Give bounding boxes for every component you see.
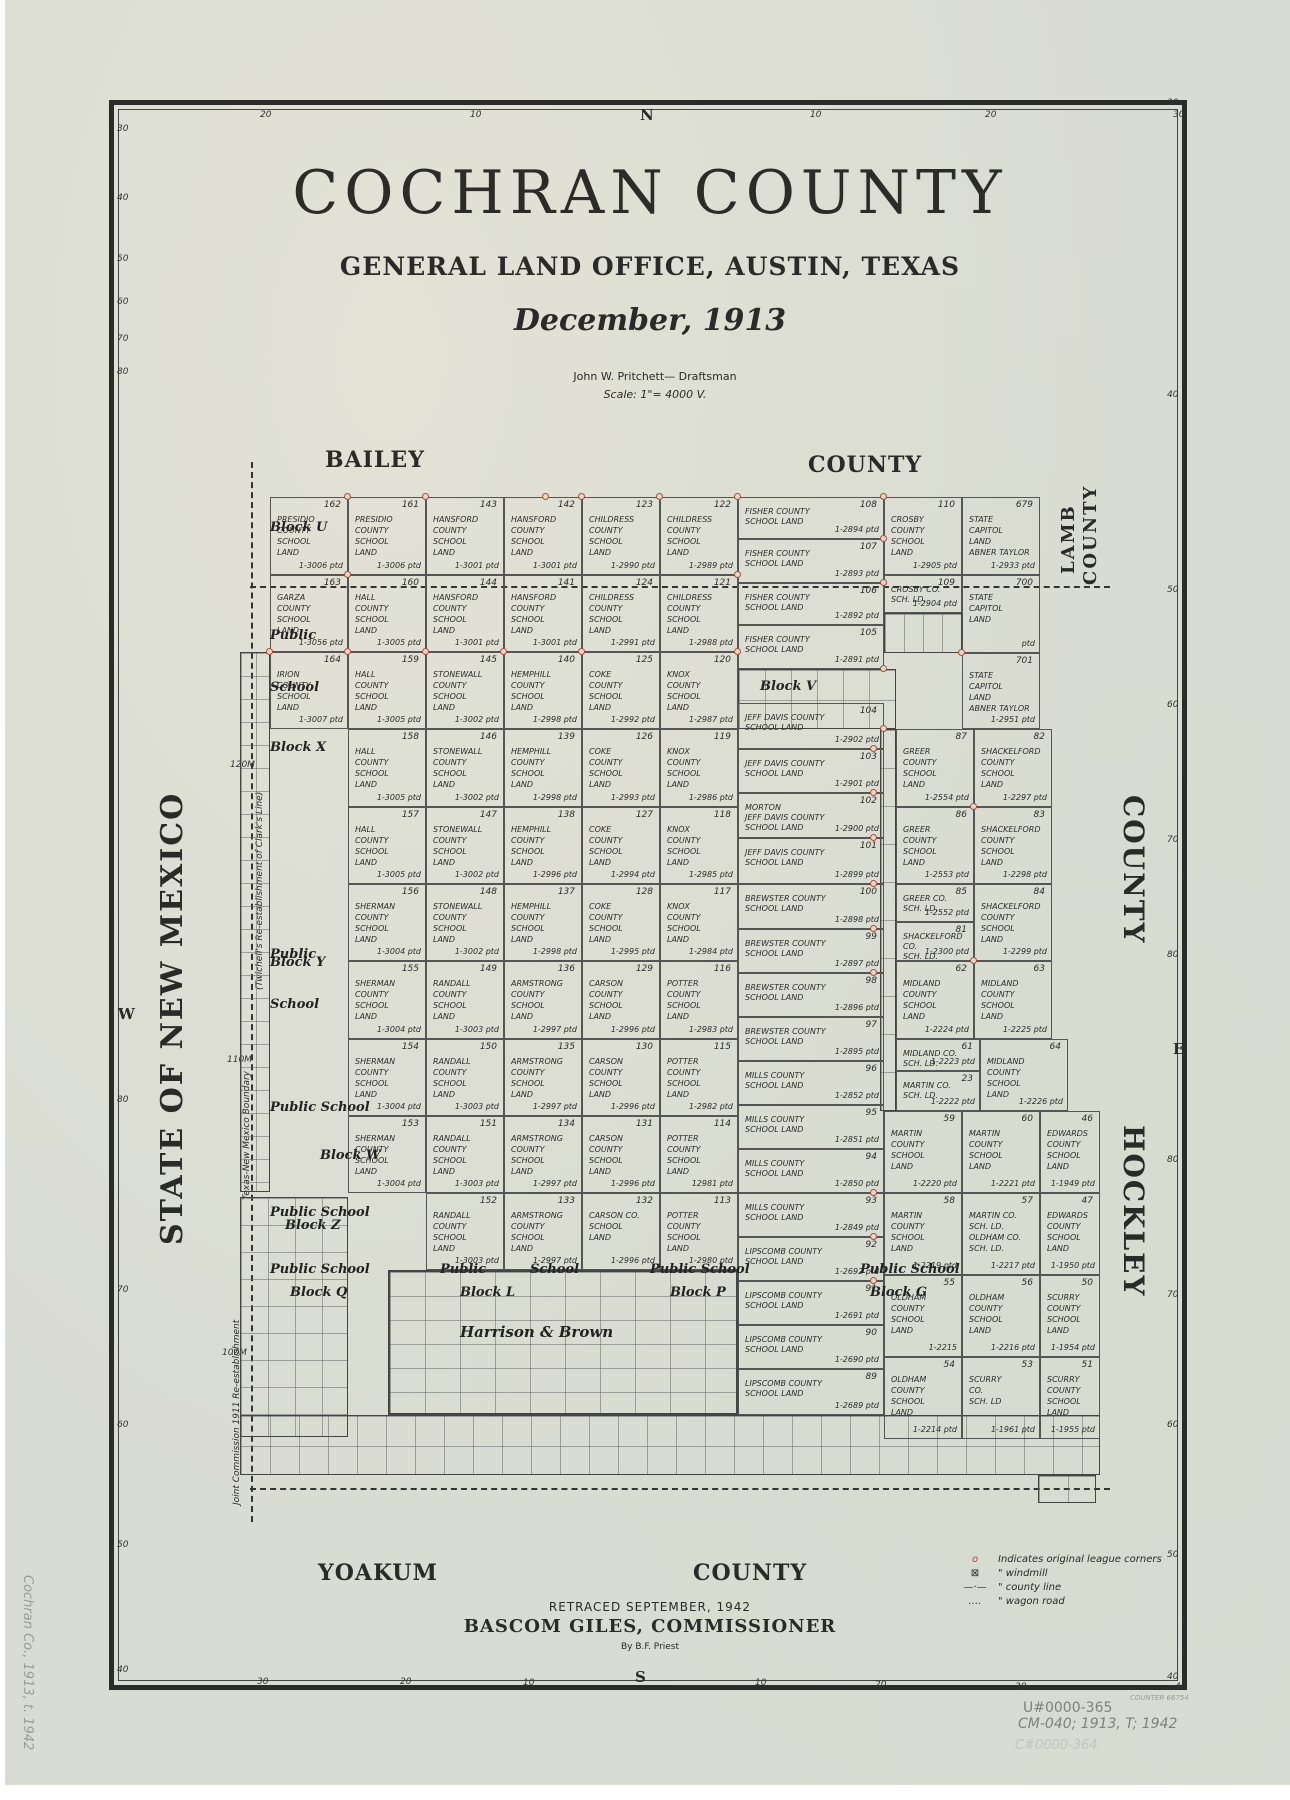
land-section: 119KNOX COUNTY SCHOOL LAND1-2986 ptd [660, 729, 738, 807]
section-number: 117 [714, 887, 731, 897]
land-section: 95MILLS COUNTY SCHOOL LAND1-2851 ptd [738, 1105, 884, 1149]
section-number: 120 [714, 655, 731, 665]
section-number: 57 [1022, 1196, 1033, 1206]
counter-stamp: COUNTER 66754 [1130, 1694, 1189, 1702]
league-corner-marker [958, 649, 965, 656]
land-section: 146STONEWALL COUNTY SCHOOL LAND1-3002 pt… [426, 729, 504, 807]
land-section: 100BREWSTER COUNTY SCHOOL LAND1-2898 ptd [738, 884, 884, 929]
section-owner: BREWSTER COUNTY SCHOOL LAND [745, 894, 879, 914]
land-section: 136ARMSTRONG COUNTY SCHOOL LAND1-2997 pt… [504, 961, 582, 1039]
section-number: 153 [402, 1119, 419, 1129]
land-section: 135ARMSTRONG COUNTY SCHOOL LAND1-2997 pt… [504, 1039, 582, 1116]
section-owner: POTTER COUNTY SCHOOL LAND [667, 1133, 733, 1177]
section-owner: JEFF DAVIS COUNTY SCHOOL LAND [745, 848, 879, 868]
section-file-number: 1-2220 ptd [913, 1179, 957, 1189]
section-file-number: 1-2996 ptd [611, 1179, 655, 1189]
tick-right: 70 [1167, 1290, 1178, 1300]
land-section: 126COKE COUNTY SCHOOL LAND1-2993 ptd [582, 729, 660, 807]
section-owner: CARSON COUNTY SCHOOL LAND [589, 1056, 655, 1100]
block-label: Block V [760, 679, 816, 694]
section-number: 140 [558, 655, 575, 665]
land-section: 107FISHER COUNTY SCHOOL LAND1-2893 ptd [738, 539, 884, 583]
section-owner: STATE CAPITOL LAND ABNER TAYLOR [969, 670, 1035, 714]
retraced-note: RETRACED SEPTEMBER, 1942 [5, 1600, 1290, 1614]
public-school-label: Public School [270, 1262, 370, 1277]
land-section: 155SHERMAN COUNTY SCHOOL LAND1-3004 ptd [348, 961, 426, 1039]
section-owner: KNOX COUNTY SCHOOL LAND [667, 669, 733, 713]
section-file-number: 1-2217 ptd [991, 1261, 1035, 1271]
section-owner: SHACKELFORD COUNTY SCHOOL LAND [981, 901, 1047, 945]
land-section: 62MIDLAND COUNTY SCHOOL LAND1-2224 ptd [896, 961, 974, 1039]
land-section: 132CARSON CO. SCHOOL LAND1-2996 ptd [582, 1193, 660, 1270]
section-file-number: 1-2905 ptd [913, 561, 957, 571]
section-number: 114 [714, 1119, 731, 1129]
label-new-mexico: STATE OF NEW MEXICO [155, 792, 190, 1245]
tick-bottom: 30 [1015, 1682, 1026, 1692]
section-number: 83 [1034, 810, 1045, 820]
section-file-number: 1-2554 ptd [925, 793, 969, 803]
section-owner: HEMPHILL COUNTY SCHOOL LAND [511, 746, 577, 790]
land-section: 87GREER COUNTY SCHOOL LAND1-2554 ptd [896, 729, 974, 807]
land-section: 150RANDALL COUNTY SCHOOL LAND1-3003 ptd [426, 1039, 504, 1116]
section-file-number: 1-2215 [929, 1343, 957, 1353]
league-corner-marker [870, 969, 877, 976]
section-file-number: 1-2904 ptd [913, 599, 957, 609]
section-file-number: 1-2226 ptd [1019, 1097, 1063, 1107]
tick-top: 10 [810, 110, 821, 120]
section-file-number: 1-2996 ptd [611, 1102, 655, 1112]
tick-left: 30 [117, 124, 128, 134]
land-section: 679STATE CAPITOL LAND ABNER TAYLOR1-2933… [962, 497, 1040, 575]
section-file-number: 1-2851 ptd [835, 1135, 879, 1145]
land-section: 53SCURRY CO. SCH. LD1-1961 ptd [962, 1357, 1040, 1439]
section-owner: FISHER COUNTY SCHOOL LAND [745, 593, 879, 613]
label-hockley-county: COUNTY [1117, 795, 1150, 945]
section-owner: RANDALL COUNTY SCHOOL LAND [433, 1133, 499, 1177]
section-number: 700 [1016, 578, 1033, 588]
section-number: 118 [714, 810, 731, 820]
section-file-number: 1-2300 ptd [925, 947, 969, 957]
land-section: 54OLDHAM COUNTY SCHOOL LAND1-2214 ptd [884, 1357, 962, 1439]
tick-bottom: 10 [523, 1678, 534, 1688]
section-number: 126 [636, 732, 653, 742]
section-file-number: 1-3002 ptd [455, 715, 499, 725]
land-section: 46EDWARDS COUNTY SCHOOL LAND1-1949 ptd [1040, 1111, 1100, 1193]
stamp-u-number: U#0000-365 [1023, 1700, 1112, 1716]
land-section: 109CROSBY CO. SCH. LD.1-2904 ptd [884, 575, 962, 613]
land-section: 160HALL COUNTY SCHOOL LAND1-3005 ptd [348, 575, 426, 652]
league-corner-marker [870, 745, 877, 752]
section-owner: HANSFORD COUNTY SCHOOL LAND [511, 514, 577, 558]
league-corner-marker [970, 957, 977, 964]
land-section: 161PRESIDIO COUNTY SCHOOL LAND1-3006 ptd [348, 497, 426, 575]
section-owner: MARTIN COUNTY SCHOOL LAND [969, 1128, 1035, 1172]
league-corner-icon: o [960, 1553, 990, 1567]
league-corner-marker [870, 880, 877, 887]
section-file-number: 1-2852 ptd [835, 1091, 879, 1101]
section-file-number: 1-2951 ptd [991, 715, 1035, 725]
section-file-number: 1-3004 ptd [377, 947, 421, 957]
tick-right: 50 [1167, 1550, 1178, 1560]
section-file-number: 1-2994 ptd [611, 870, 655, 880]
land-section: 89LIPSCOMB COUNTY SCHOOL LAND1-2689 ptd [738, 1369, 884, 1415]
section-number: 53 [1022, 1360, 1033, 1370]
section-file-number: 1-2849 ptd [835, 1223, 879, 1233]
tick-top: 20 [985, 110, 996, 120]
land-section: 56OLDHAM COUNTY SCHOOL LAND1-2216 ptd [962, 1275, 1040, 1357]
league-corner-marker [880, 493, 887, 500]
harrison-brown-label: Harrison & Brown [460, 1323, 613, 1341]
section-owner: COKE COUNTY SCHOOL LAND [589, 746, 655, 790]
section-owner: HALL COUNTY SCHOOL LAND [355, 592, 421, 636]
section-owner: FISHER COUNTY SCHOOL LAND [745, 635, 879, 655]
section-file-number: 1-3005 ptd [377, 793, 421, 803]
section-number: 157 [402, 810, 419, 820]
land-section: 91LIPSCOMB COUNTY SCHOOL LAND1-2691 ptd [738, 1281, 884, 1325]
section-owner: EDWARDS COUNTY SCHOOL LAND [1047, 1210, 1095, 1254]
section-number: 129 [636, 964, 653, 974]
section-number: 113 [714, 1196, 731, 1206]
tick-top: 20 [260, 110, 271, 120]
public-school-label: Public [270, 947, 316, 962]
section-owner: BREWSTER COUNTY SCHOOL LAND [745, 939, 879, 959]
section-number: 143 [480, 500, 497, 510]
land-section: 158HALL COUNTY SCHOOL LAND1-3005 ptd [348, 729, 426, 807]
land-section: 143HANSFORD COUNTY SCHOOL LAND1-3001 ptd [426, 497, 504, 575]
land-section: 141HANSFORD COUNTY SCHOOL LAND1-3001 ptd [504, 575, 582, 652]
section-number: 150 [480, 1042, 497, 1052]
league-corner-marker [734, 493, 741, 500]
league-corner-marker [500, 648, 507, 655]
section-file-number: 1-3001 ptd [455, 638, 499, 648]
county-line-icon: —·— [960, 1581, 990, 1595]
public-school-label: Public [440, 1262, 486, 1277]
section-file-number: 1-2933 ptd [991, 561, 1035, 571]
section-owner: MARTIN CO. SCH. LD. OLDHAM CO. SCH. LD. [969, 1210, 1035, 1254]
section-number: 135 [558, 1042, 575, 1052]
section-number: 115 [714, 1042, 731, 1052]
league-corner-marker [578, 493, 585, 500]
league-corner-marker [578, 648, 585, 655]
public-school-label: Public School [270, 1205, 370, 1220]
section-file-number: 1-2986 ptd [689, 793, 733, 803]
section-file-number: 1-2892 ptd [835, 611, 879, 621]
section-owner: ARMSTRONG COUNTY SCHOOL LAND [511, 978, 577, 1022]
section-owner: CARSON COUNTY SCHOOL LAND [589, 978, 655, 1022]
block-label: Block W [320, 1148, 381, 1163]
land-section: 94MILLS COUNTY SCHOOL LAND1-2850 ptd [738, 1149, 884, 1193]
section-file-number: 1-2997 ptd [533, 1102, 577, 1112]
league-corner-marker [870, 789, 877, 796]
section-number: 149 [480, 964, 497, 974]
tick-bottom: 10 [755, 1678, 766, 1688]
section-owner: HALL COUNTY SCHOOL LAND [355, 824, 421, 868]
section-file-number: 1-2901 ptd [835, 779, 879, 789]
section-number: 132 [636, 1196, 653, 1206]
section-owner: ARMSTRONG COUNTY SCHOOL LAND [511, 1056, 577, 1100]
section-number: 58 [944, 1196, 955, 1206]
section-file-number: 1-2896 ptd [835, 1003, 879, 1013]
section-owner: CARSON CO. SCHOOL LAND [589, 1210, 655, 1243]
section-owner: COKE COUNTY SCHOOL LAND [589, 901, 655, 945]
league-corner-marker [422, 493, 429, 500]
league-corner-marker [880, 725, 887, 732]
block-label: Block G [870, 1285, 927, 1300]
section-number: 54 [944, 1360, 955, 1370]
league-corner-marker [734, 648, 741, 655]
land-section: 84SHACKELFORD COUNTY SCHOOL LAND1-2299 p… [974, 884, 1052, 961]
section-number: 162 [324, 500, 341, 510]
section-owner: STONEWALL COUNTY SCHOOL LAND [433, 824, 499, 868]
section-file-number: 1-3003 ptd [455, 1025, 499, 1035]
section-owner: PRESIDIO COUNTY SCHOOL LAND [355, 514, 421, 558]
public-school-label: Public [270, 628, 316, 643]
land-section: 129CARSON COUNTY SCHOOL LAND1-2996 ptd [582, 961, 660, 1039]
section-owner: POTTER COUNTY SCHOOL LAND [667, 1056, 733, 1100]
section-number: 159 [402, 655, 419, 665]
section-owner: OLDHAM COUNTY SCHOOL LAND [891, 1374, 957, 1418]
league-corner-marker [422, 648, 429, 655]
land-section: 60MARTIN COUNTY SCHOOL LAND1-2221 ptd [962, 1111, 1040, 1193]
section-owner: MIDLAND COUNTY SCHOOL LAND [987, 1056, 1063, 1100]
land-section: 116POTTER COUNTY SCHOOL LAND1-2983 ptd [660, 961, 738, 1039]
section-number: 82 [1034, 732, 1045, 742]
section-owner: STONEWALL COUNTY SCHOOL LAND [433, 746, 499, 790]
land-section: 147STONEWALL COUNTY SCHOOL LAND1-3002 pt… [426, 807, 504, 884]
section-owner: GREER COUNTY SCHOOL LAND [903, 746, 969, 790]
section-file-number: 1-2894 ptd [835, 525, 879, 535]
section-number: 164 [324, 655, 341, 665]
land-section: 156SHERMAN COUNTY SCHOOL LAND1-3004 ptd [348, 884, 426, 961]
section-owner: COKE COUNTY SCHOOL LAND [589, 824, 655, 868]
section-file-number: 1-2214 ptd [913, 1425, 957, 1435]
section-owner: FISHER COUNTY SCHOOL LAND [745, 507, 879, 527]
section-owner: MILLS COUNTY SCHOOL LAND [745, 1115, 879, 1135]
land-section: 120KNOX COUNTY SCHOOL LAND1-2987 ptd [660, 652, 738, 729]
section-file-number: 1-2997 ptd [533, 1179, 577, 1189]
section-number: 154 [402, 1042, 419, 1052]
commissioner-credit: BASCOM GILES, COMMISSIONER [5, 1616, 1290, 1637]
land-section: 105FISHER COUNTY SCHOOL LAND1-2891 ptd [738, 625, 884, 669]
legend-row-corners: oIndicates original league corners [960, 1553, 1162, 1567]
draftsman-credit: John W. Pritchett— Draftsman [5, 370, 1290, 383]
land-section: 61MIDLAND CO. SCH. LD.1-2223 ptd [896, 1039, 980, 1071]
land-section: 99BREWSTER COUNTY SCHOOL LAND1-2897 ptd [738, 929, 884, 973]
section-number: 50 [1082, 1278, 1093, 1288]
league-corner-marker [970, 803, 977, 810]
league-corner-marker [344, 493, 351, 500]
label-yoakum-county: COUNTY [693, 1560, 807, 1586]
land-section: 81SHACKELFORD CO. SCH. LD.1-2300 ptd [896, 922, 974, 961]
compass-west: W [118, 1005, 135, 1023]
land-section: 64MIDLAND COUNTY SCHOOL LAND1-2226 ptd [980, 1039, 1068, 1111]
land-section: 131CARSON COUNTY SCHOOL LAND1-2996 ptd [582, 1116, 660, 1193]
section-file-number: 1-2222 ptd [931, 1097, 975, 1107]
label-bailey: BAILEY [325, 447, 425, 473]
tick-bottom: 40 [1175, 1682, 1186, 1692]
section-owner: FISHER COUNTY SCHOOL LAND [745, 549, 879, 569]
section-number: 116 [714, 964, 731, 974]
section-file-number: 1-2995 ptd [611, 947, 655, 957]
section-owner: POTTER COUNTY SCHOOL LAND [667, 978, 733, 1022]
section-owner: HANSFORD COUNTY SCHOOL LAND [511, 592, 577, 636]
section-number: 62 [956, 964, 967, 974]
section-owner: CHILDRESS COUNTY SCHOOL LAND [667, 592, 733, 636]
section-file-number: 1-2993 ptd [611, 793, 655, 803]
section-owner: MILLS COUNTY SCHOOL LAND [745, 1203, 879, 1223]
land-section: 142HANSFORD COUNTY SCHOOL LAND1-3001 ptd [504, 497, 582, 575]
section-file-number: 1-2992 ptd [611, 715, 655, 725]
section-file-number: 1-2221 ptd [991, 1179, 1035, 1189]
tick-right: 60 [1167, 1420, 1178, 1430]
section-file-number: 1-2224 ptd [925, 1025, 969, 1035]
section-file-number: 1-2690 ptd [835, 1355, 879, 1365]
section-file-number: 1-3005 ptd [377, 870, 421, 880]
section-file-number: 1-3005 ptd [377, 638, 421, 648]
tick-bottom: 30 [257, 1677, 268, 1687]
label-yoakum: YOAKUM [318, 1560, 438, 1586]
league-corner-marker [870, 1233, 877, 1240]
section-file-number: 1-2691 ptd [835, 1311, 879, 1321]
section-file-number: 1-2998 ptd [533, 715, 577, 725]
section-owner: HALL COUNTY SCHOOL LAND [355, 746, 421, 790]
tick-right: 50 [1167, 585, 1178, 595]
section-number: 158 [402, 732, 419, 742]
land-section: 118KNOX COUNTY SCHOOL LAND1-2985 ptd [660, 807, 738, 884]
land-section: 701STATE CAPITOL LAND ABNER TAYLOR1-2951… [962, 653, 1040, 729]
section-file-number: 1-2982 ptd [689, 1102, 733, 1112]
section-number: 125 [636, 655, 653, 665]
section-file-number: 1-1955 ptd [1051, 1425, 1095, 1435]
section-number: 144 [480, 578, 497, 588]
section-owner: HEMPHILL COUNTY SCHOOL LAND [511, 824, 577, 868]
section-number: 47 [1082, 1196, 1093, 1206]
section-number: 86 [956, 810, 967, 820]
section-owner: GREER COUNTY SCHOOL LAND [903, 824, 969, 868]
block-label: Block L [460, 1285, 515, 1300]
section-number: 128 [636, 887, 653, 897]
section-file-number: 1-3003 ptd [455, 1102, 499, 1112]
section-file-number: 1-3001 ptd [455, 561, 499, 571]
league-corner-marker [870, 925, 877, 932]
section-owner: SHACKELFORD COUNTY SCHOOL LAND [981, 824, 1047, 868]
section-number: 148 [480, 887, 497, 897]
section-owner: POTTER COUNTY SCHOOL LAND [667, 1210, 733, 1254]
section-owner: COKE COUNTY SCHOOL LAND [589, 669, 655, 713]
league-corner-marker [870, 834, 877, 841]
tick-top: 10 [470, 110, 481, 120]
section-file-number: 1-3002 ptd [455, 947, 499, 957]
land-section: 101JEFF DAVIS COUNTY SCHOOL LAND1-2899 p… [738, 838, 884, 884]
section-file-number: 1-3005 ptd [377, 715, 421, 725]
land-section: 137HEMPHILL COUNTY SCHOOL LAND1-2998 ptd [504, 884, 582, 961]
section-file-number: 1-2223 ptd [931, 1057, 975, 1067]
public-school-label: School [270, 680, 319, 695]
section-file-number: 1-2902 ptd [835, 735, 879, 745]
compass-south: S [635, 1668, 646, 1686]
tick-right: 70 [1167, 835, 1178, 845]
section-owner: SHACKELFORD COUNTY SCHOOL LAND [981, 746, 1047, 790]
section-number: 163 [324, 578, 341, 588]
section-file-number: 1-2689 ptd [835, 1401, 879, 1411]
section-owner: EDWARDS COUNTY SCHOOL LAND [1047, 1128, 1095, 1172]
section-file-number: 1-3002 ptd [455, 870, 499, 880]
section-number: 701 [1016, 656, 1033, 666]
section-file-number: 1-2297 ptd [1003, 793, 1047, 803]
section-owner: HEMPHILL COUNTY SCHOOL LAND [511, 669, 577, 713]
section-number: 161 [402, 500, 419, 510]
league-corner-marker [870, 1189, 877, 1196]
section-file-number: 1-2299 ptd [1003, 947, 1047, 957]
section-owner: KNOX COUNTY SCHOOL LAND [667, 746, 733, 790]
land-section: 113POTTER COUNTY SCHOOL LAND1-2980 ptd [660, 1193, 738, 1270]
section-number: 137 [558, 887, 575, 897]
land-section: 117KNOX COUNTY SCHOOL LAND1-2984 ptd [660, 884, 738, 961]
section-number: 133 [558, 1196, 575, 1206]
section-file-number: 1-2553 ptd [925, 870, 969, 880]
section-owner: CHILDRESS COUNTY SCHOOL LAND [589, 592, 655, 636]
land-section: 83SHACKELFORD COUNTY SCHOOL LAND1-2298 p… [974, 807, 1052, 884]
section-number: 147 [480, 810, 497, 820]
section-owner: MILLS COUNTY SCHOOL LAND [745, 1071, 879, 1091]
section-number: 87 [956, 732, 967, 742]
section-owner: OLDHAM COUNTY SCHOOL LAND [969, 1292, 1035, 1336]
map-sheet: Cochran Co., 1913, t. 1942 20 10 N 10 20… [5, 0, 1290, 1785]
survey-map: 162PRESIDIO COUNTY SCHOOL LAND1-3006 ptd… [270, 497, 1100, 1537]
section-number: 46 [1082, 1114, 1093, 1124]
land-section: 47EDWARDS COUNTY SCHOOL LAND1-1950 ptd [1040, 1193, 1100, 1275]
land-section: 159HALL COUNTY SCHOOL LAND1-3005 ptd [348, 652, 426, 729]
section-owner: CROSBY COUNTY SCHOOL LAND [891, 514, 957, 558]
label-hockley: HOCKLEY [1117, 1125, 1150, 1297]
section-file-number: 1-3004 ptd [377, 1179, 421, 1189]
section-owner: HALL COUNTY SCHOOL LAND [355, 669, 421, 713]
land-section: 149RANDALL COUNTY SCHOOL LAND1-3003 ptd [426, 961, 504, 1039]
section-file-number: 1-2552 ptd [925, 908, 969, 918]
section-file-number: 1-2895 ptd [835, 1047, 879, 1057]
section-number: 155 [402, 964, 419, 974]
section-owner: CARSON COUNTY SCHOOL LAND [589, 1133, 655, 1177]
section-file-number: 1-2984 ptd [689, 947, 733, 957]
tick-left: 70 [117, 1285, 128, 1295]
land-section: 57MARTIN CO. SCH. LD. OLDHAM CO. SCH. LD… [962, 1193, 1040, 1275]
section-file-number: 1-1950 ptd [1051, 1261, 1095, 1271]
land-section: 96MILLS COUNTY SCHOOL LAND1-2852 ptd [738, 1061, 884, 1105]
land-section: 144HANSFORD COUNTY SCHOOL LAND1-3001 ptd [426, 575, 504, 652]
land-section: 122CHILDRESS COUNTY SCHOOL LAND1-2989 pt… [660, 497, 738, 575]
section-file-number: ptd [1022, 639, 1035, 649]
section-number: 110 [938, 500, 955, 510]
land-section: 97BREWSTER COUNTY SCHOOL LAND1-2895 ptd [738, 1017, 884, 1061]
section-file-number: 1-3004 ptd [377, 1102, 421, 1112]
land-section: 139HEMPHILL COUNTY SCHOOL LAND1-2998 ptd [504, 729, 582, 807]
section-file-number: 1-2898 ptd [835, 915, 879, 925]
block-label: Block X [270, 740, 326, 755]
league-corner-marker [656, 493, 663, 500]
section-owner: MIDLAND COUNTY SCHOOL LAND [981, 978, 1047, 1022]
compass-north: N [640, 106, 654, 124]
stamp-c-number: C#0000-364 [1015, 1738, 1098, 1753]
section-file-number: 1-2900 ptd [835, 824, 879, 834]
section-owner: STONEWALL COUNTY SCHOOL LAND [433, 669, 499, 713]
land-section: 134ARMSTRONG COUNTY SCHOOL LAND1-2997 pt… [504, 1116, 582, 1193]
section-number: 131 [636, 1119, 653, 1129]
land-section: 125COKE COUNTY SCHOOL LAND1-2992 ptd [582, 652, 660, 729]
section-number: 145 [480, 655, 497, 665]
section-number: 60 [1022, 1114, 1033, 1124]
section-file-number: 1-2997 ptd [533, 1025, 577, 1035]
section-file-number: 1-2225 ptd [1003, 1025, 1047, 1035]
